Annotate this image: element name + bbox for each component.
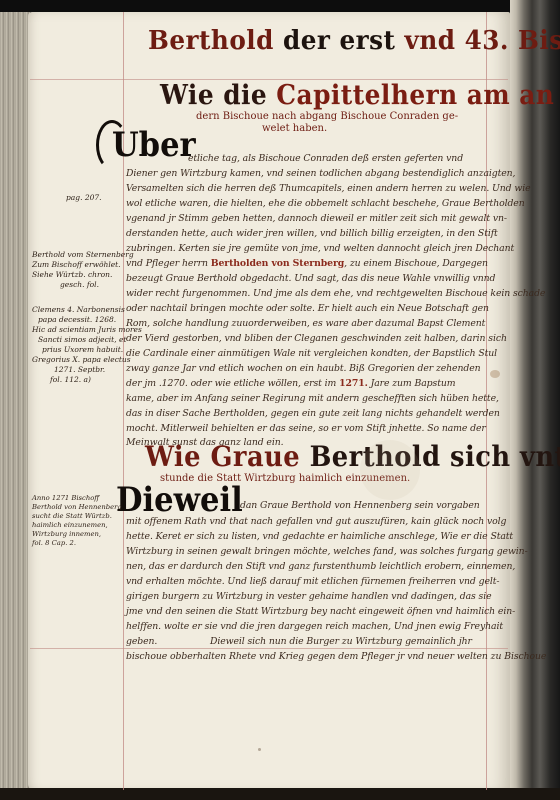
paper-stain [360,440,420,500]
body-line-mid: oder wie etliche wöllen, erst im [188,378,339,389]
drop-cap-flourish [96,120,128,170]
section-2-heading-red: Wie Graue [145,440,310,473]
paper-stain [490,370,500,378]
running-header-middle: der erst [274,26,405,56]
body-line-end: Jare zum Bapstum [368,378,456,389]
section-1-subtitle-2: welet haben. [262,123,327,134]
body-line: dan Graue Berthold von Hennenberg sein v… [240,500,480,511]
bottom-rule [30,648,508,649]
body-line: wider recht furgenommen. Und jme als dem… [126,288,545,299]
section-2-drop-cap: Dieweil [116,480,243,520]
margin-note-hennenberg: Anno 1271 Bischoff Berthold von Hennenbe… [32,494,122,548]
running-header-end: vnd 43. Bischoff [405,26,560,56]
section-1-subtitle-1: dern Bischoue nach abgang Bischoue Conra… [196,111,458,122]
body-line: etliche tag, als Bischoue Conraden deß e… [188,153,463,164]
body-line: mit offenem Rath vnd that nach gefallen … [126,516,506,527]
paper-stain [258,748,261,751]
margin-note-berthold: Berthold vom Sternenberg Zum Bischoff er… [32,250,134,290]
book-binding-shadow [510,0,560,800]
body-line: nen, das er dardurch den Stift vnd ganz … [126,561,515,572]
year-1271: 1271. [339,378,368,389]
body-line: mocht. Mitlerweil behielten er das seine… [126,423,486,434]
body-line: kame, aber im Anfang seiner Regirung mit… [126,393,499,404]
stacked-page-edges [0,12,30,792]
body-line: helffen. wolte er sie vnd die jren darge… [126,621,503,632]
body-line-start: vnd Pfleger herrn [126,258,208,269]
body-line: Rom, solche handlung zuuorderweiben, es … [126,318,485,329]
section-1-heading: Wie die Capittelhern am an [160,80,554,111]
body-line: der Vierd gestorben, vnd bliben der Cleg… [126,333,507,344]
body-line: vnd erhalten möchte. Und ließ darauf mit… [126,576,499,587]
body-line: Diener gen Wirtzburg kamen, vnd seinen t… [126,168,515,179]
running-header: Berthold der erst vnd 43. Bischoff [148,26,560,56]
highlighted-name: Bertholden von Sternberg [211,258,344,269]
body-line-with-years: der jm .1270. oder wie etliche wöllen, e… [126,378,455,389]
body-line: die Cardinale einer ainmütigen Wale nit … [126,348,497,359]
bottom-background [0,788,560,800]
year-1270: .1270. [159,378,188,389]
body-line: girigen burgern zu Wirtzburg in vester g… [126,591,492,602]
body-line-end: , zu einem Bischoue, Dargegen [344,258,488,269]
body-line-with-name: vnd Pfleger herrn Bertholden von Sternbe… [126,258,488,269]
margin-note-page-ref: pag. 207. [66,193,102,203]
body-line: bischoue obberhalten Rhete vnd Krieg geg… [126,651,546,662]
body-line: vgenand jr Stimm geben hetten, dannoch d… [126,213,507,224]
body-line: oder nachtail bringen mochte oder solte.… [126,303,489,314]
body-line: derstanden hette, auch wider jren willen… [126,228,498,239]
section-2-heading-black: Berthold sich vnter [310,440,560,473]
body-line: Versamelten sich die herren deß Thumcapi… [126,183,531,194]
body-line: Dieweil sich nun die Burger zu Wirtzburg… [210,636,472,647]
body-line: wol etliche waren, die hielten, ehe die … [126,198,525,209]
body-line: Wirtzburg in seinen gewalt bringen möcht… [126,546,528,557]
body-line: bezeugt Graue Berthold obgedacht. Und sa… [126,273,495,284]
body-line: hette. Keret er sich zu listen, vnd geda… [126,531,513,542]
margin-note-clemens: Clemens 4. Narbonensis papa decessit. 12… [32,305,142,385]
section-1-heading-red: Capittelhern am an [276,80,554,111]
body-line: zway ganze Jar vnd etlich wochen on ein … [126,363,481,374]
body-line: geben. [126,636,157,647]
body-line: jme vnd den seinen die Statt Wirtzburg b… [126,606,515,617]
running-header-name: Berthold [148,26,274,56]
body-line: zubringen. Kerten sie jre gemüte von jme… [126,243,514,254]
section-1-heading-black: Wie die [160,80,276,111]
section-2-heading: Wie Graue Berthold sich vnter [145,440,560,473]
body-line: das in diser Sache Bertholden, gegen ein… [126,408,500,419]
